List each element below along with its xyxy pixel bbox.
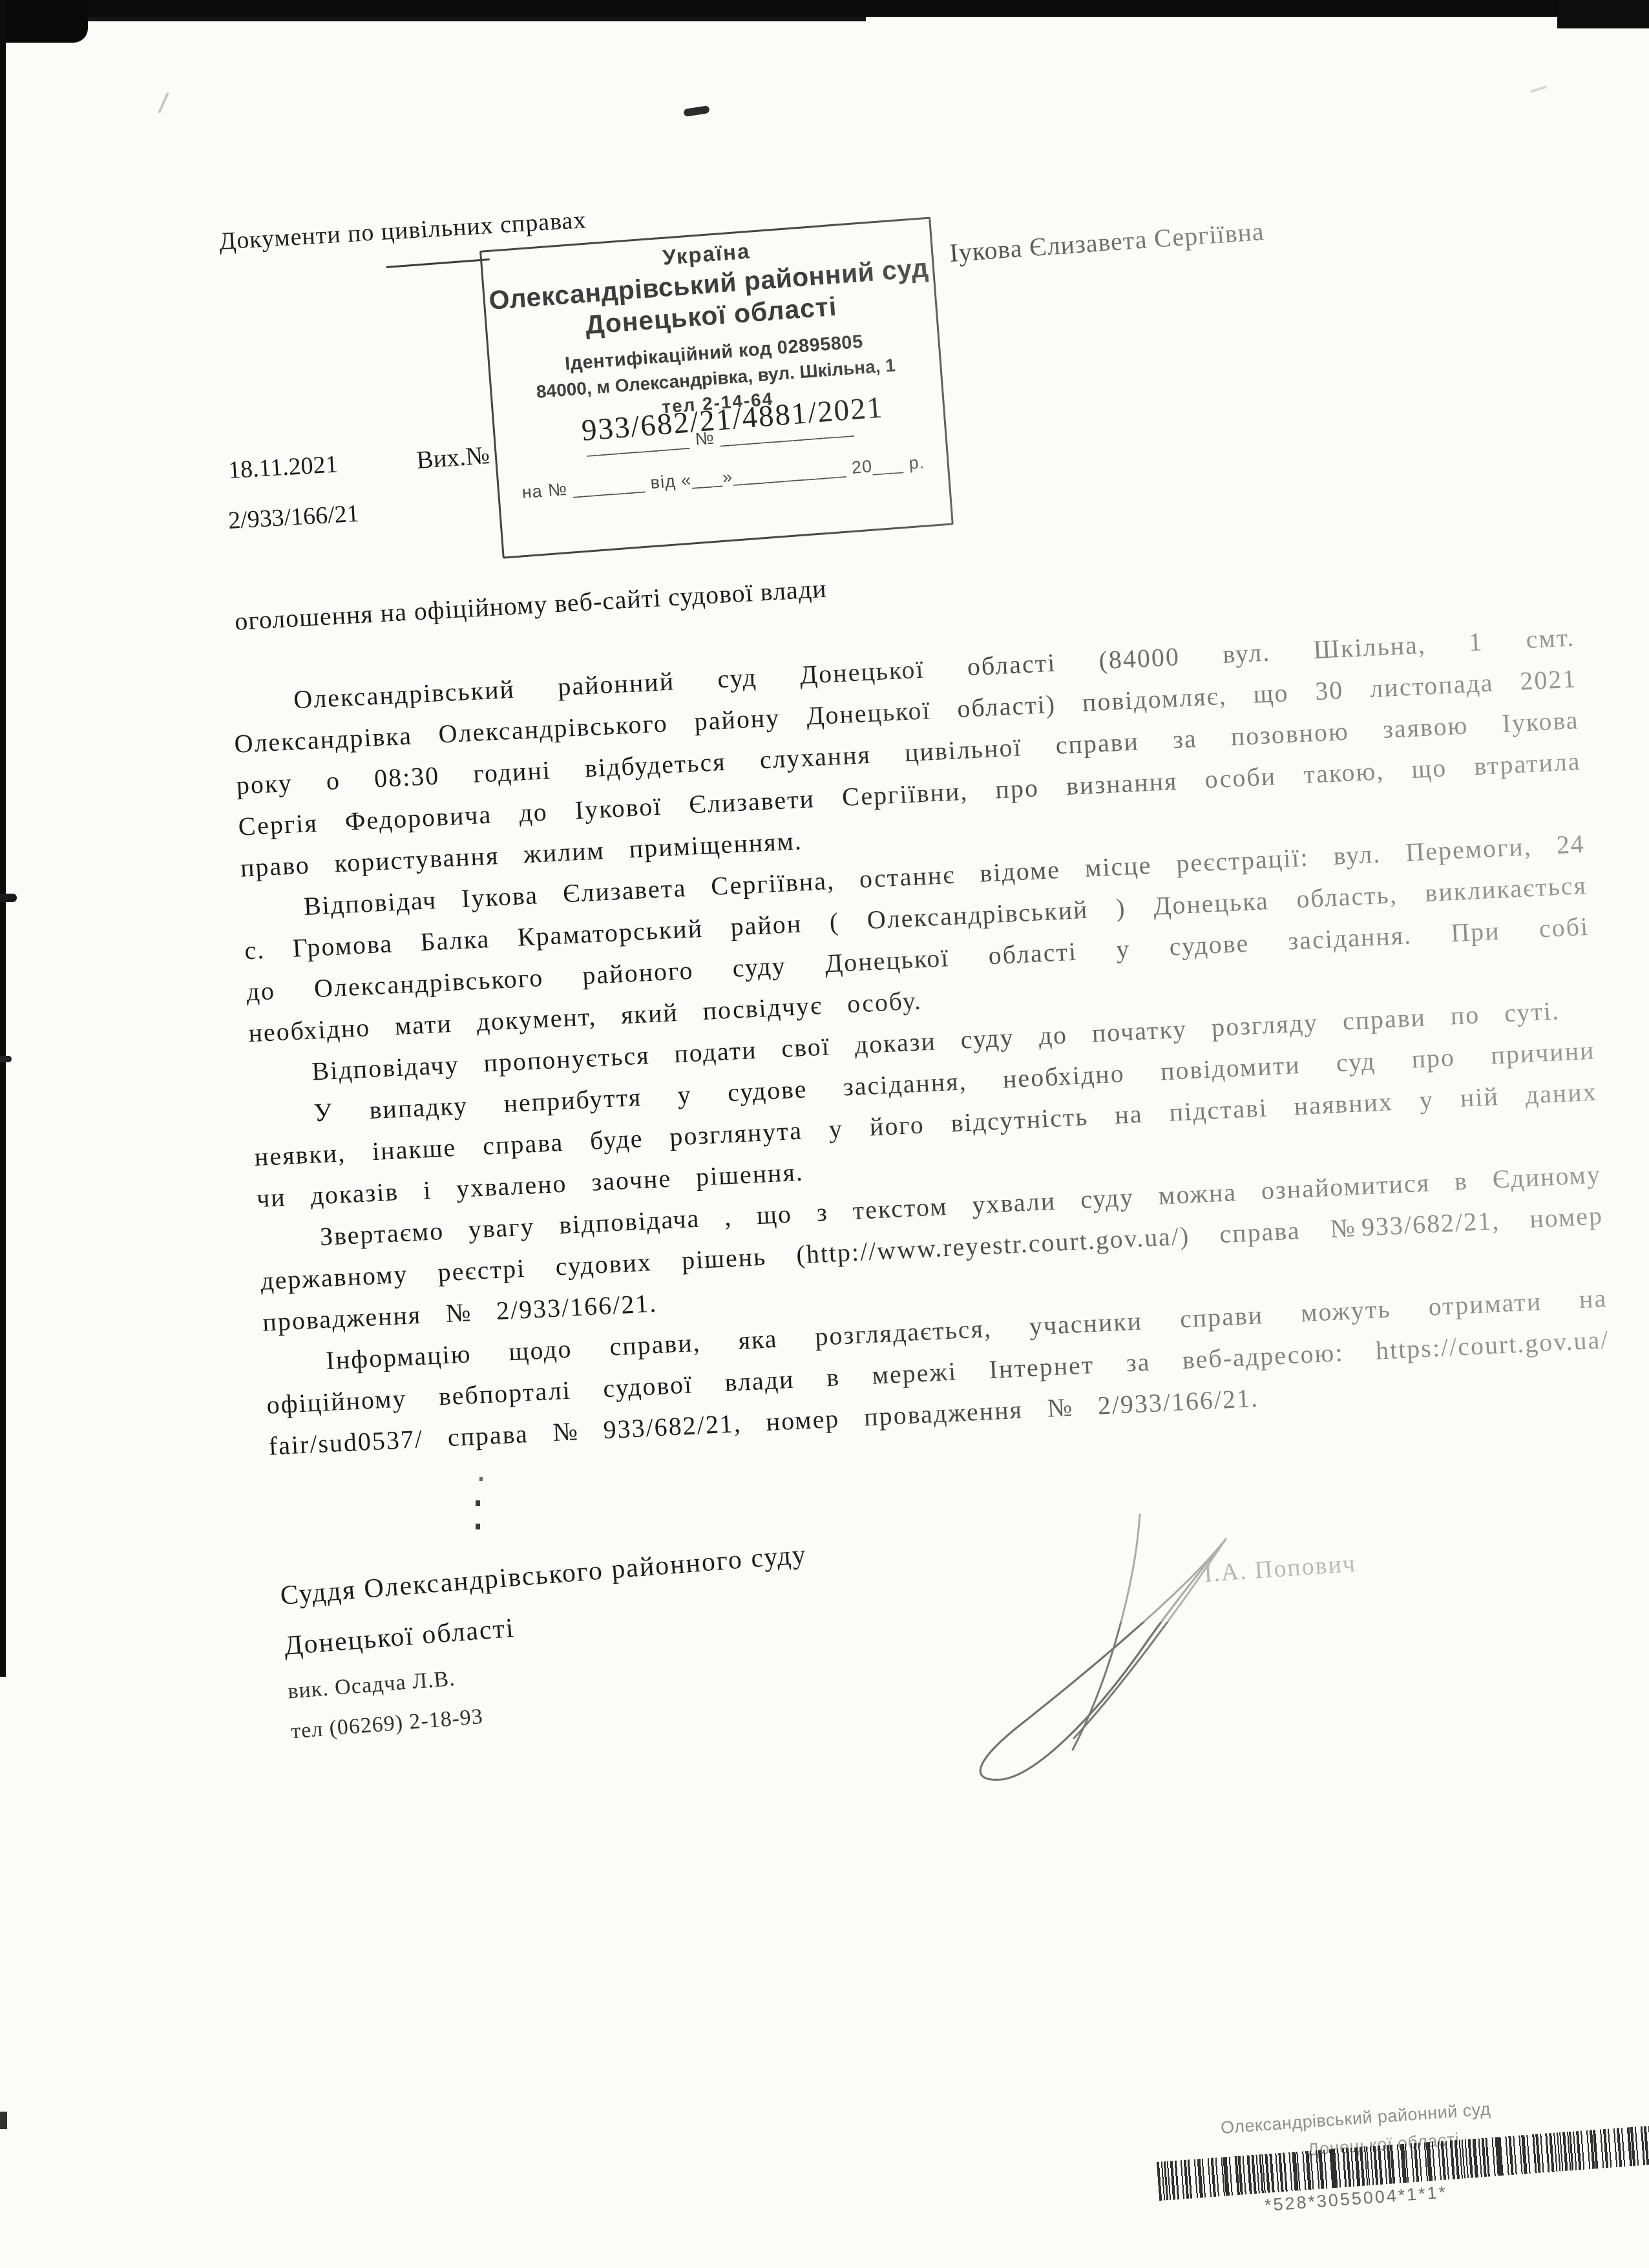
court-stamp: Україна Олександрівський районний суд До… [479,217,954,559]
scan-left-mark-2 [0,1056,12,1062]
scan-left-mark-1 [0,894,17,902]
scan-speck-2 [1530,85,1547,93]
scan-left-edge-artifact [0,0,6,1677]
outgoing-number-label: Вих.№ [415,441,490,475]
scan-top-edge-artifact-2 [0,17,866,21]
scan-corner-artifact-right [1557,0,1649,28]
outgoing-date: 18.11.2021 [227,450,339,485]
proceeding-number: 2/933/166/21 [227,499,360,535]
ink-artifact-colon [476,1500,480,1506]
scan-corner-artifact [0,0,88,43]
stamp-top-border-extension [386,258,490,268]
stamp-ink-smudge [683,105,709,117]
scanned-court-letter: Документи по цивільних справах Іукова Єл… [0,0,1649,2268]
scan-speck-1 [158,92,169,114]
ink-artifact-dot [479,1477,483,1481]
scan-left-mark-3 [0,2112,7,2129]
addressee-name: Іукова Єлизавета Сергіївна [949,216,1265,268]
letter-body: Олександрівський районний суд Донецької … [231,616,1612,1467]
handwritten-signature [945,1506,1255,1783]
subject-line: оголошення на офіційному веб-сайті судов… [234,573,828,636]
ink-artifact-colon-2 [476,1524,480,1529]
scan-top-edge-artifact [0,0,1649,17]
